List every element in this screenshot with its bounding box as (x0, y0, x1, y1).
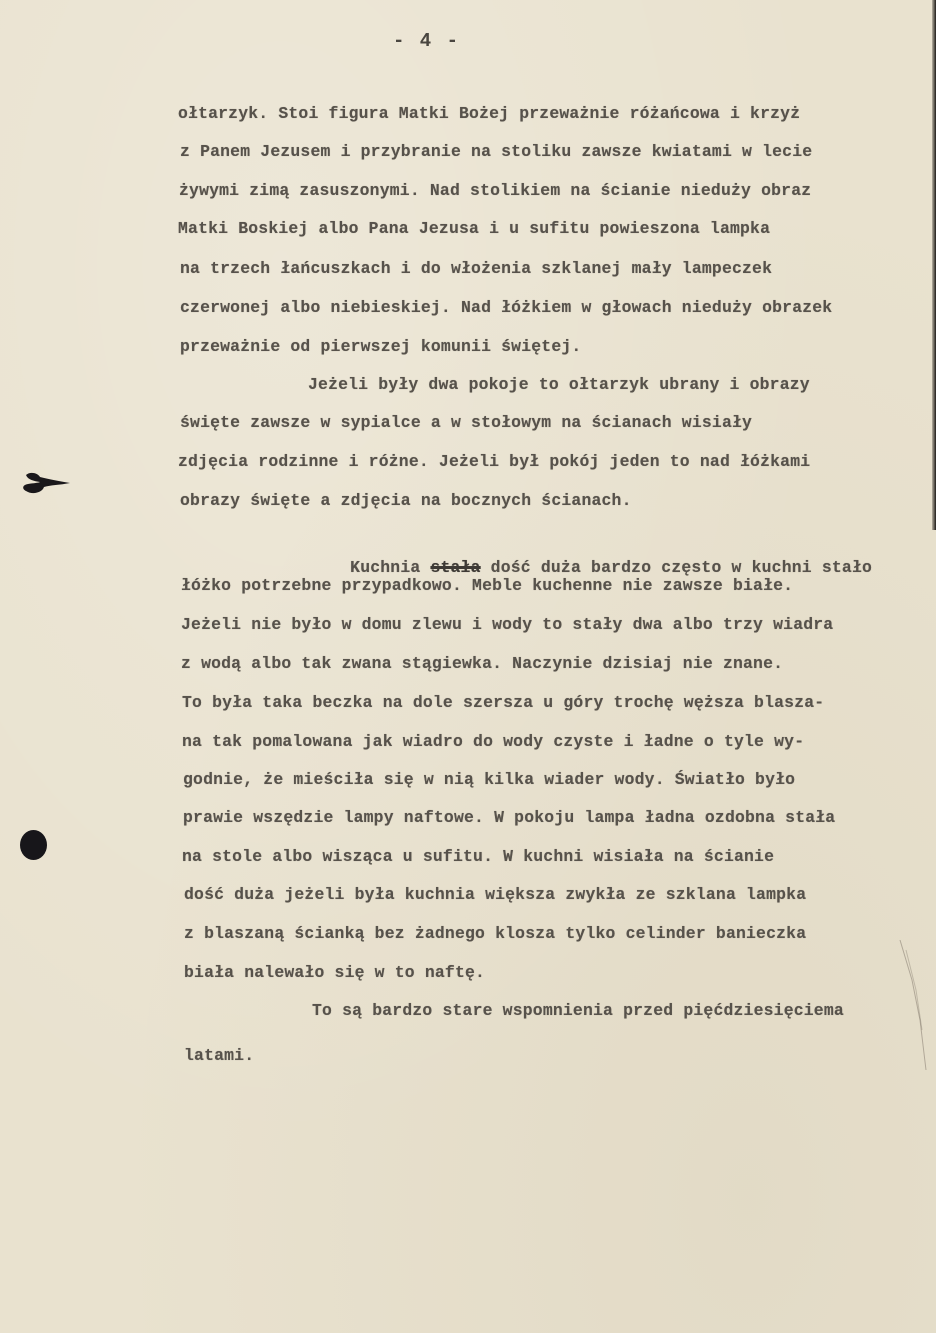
typewritten-page: - 4 - ołtarzyk. Stoi figura Matki Bożej … (0, 0, 936, 1333)
text-line: łóżko potrzebne przypadkowo. Meble kuche… (181, 576, 793, 596)
kitchen-text-before: Kuchnia (350, 558, 430, 577)
text-line: czerwonej albo niebieskiej. Nad łóżkiem … (180, 298, 832, 318)
ink-dot-mark-icon (20, 830, 47, 860)
text-line: biała nalewało się w to naftę. (184, 963, 485, 983)
text-line: godnie, że mieściła się w nią kilka wiad… (183, 770, 795, 790)
text-line: dość duża jeżeli była kuchnia większa zw… (184, 885, 806, 905)
text-line: To są bardzo stare wspomnienia przed pię… (312, 1001, 844, 1021)
text-line: święte zawsze w sypialce a w stołowym na… (180, 413, 752, 433)
text-line: żywymi zimą zasuszonymi. Nad stolikiem n… (179, 181, 811, 201)
text-line: przeważnie od pierwszej komunii świętej. (180, 337, 581, 357)
text-line: z wodą albo tak zwana stągiewka. Naczyni… (181, 654, 783, 674)
text-line: z Panem Jezusem i przybranie na stoliku … (180, 142, 812, 162)
text-line: Jeżeli nie było w domu zlewu i wody to s… (181, 615, 833, 635)
text-line: ołtarzyk. Stoi figura Matki Bożej przewa… (178, 104, 800, 124)
text-line: To była taka beczka na dole szersza u gó… (182, 693, 824, 713)
scan-edge-shadow (932, 0, 936, 530)
text-line: zdjęcia rodzinne i różne. Jeżeli był pok… (178, 452, 810, 472)
text-line: na trzech łańcuszkach i do włożenia szkl… (180, 259, 772, 279)
text-line: Matki Boskiej albo Pana Jezusa i u sufit… (178, 219, 770, 239)
text-line: prawie wszędzie lampy naftowe. W pokoju … (183, 808, 835, 828)
text-line: na stole albo wisząca u sufitu. W kuchni… (182, 847, 774, 867)
text-line: na tak pomalowana jak wiadro do wody czy… (182, 732, 804, 752)
text-line: Jeżeli były dwa pokoje to ołtarzyk ubran… (308, 375, 810, 395)
struck-out-word: stała (430, 558, 480, 577)
text-line: latami. (184, 1046, 254, 1066)
paper-crease-mark (898, 940, 928, 1100)
text-line: z blaszaną ścianką bez żadnego klosza ty… (184, 924, 806, 944)
text-line: obrazy święte a zdjęcia na bocznych ścia… (180, 491, 632, 511)
page-number: - 4 - (393, 30, 493, 52)
ink-arrow-mark-icon (18, 467, 72, 497)
kitchen-text-after: dość duża bardzo często w kuchni stało (481, 558, 872, 577)
